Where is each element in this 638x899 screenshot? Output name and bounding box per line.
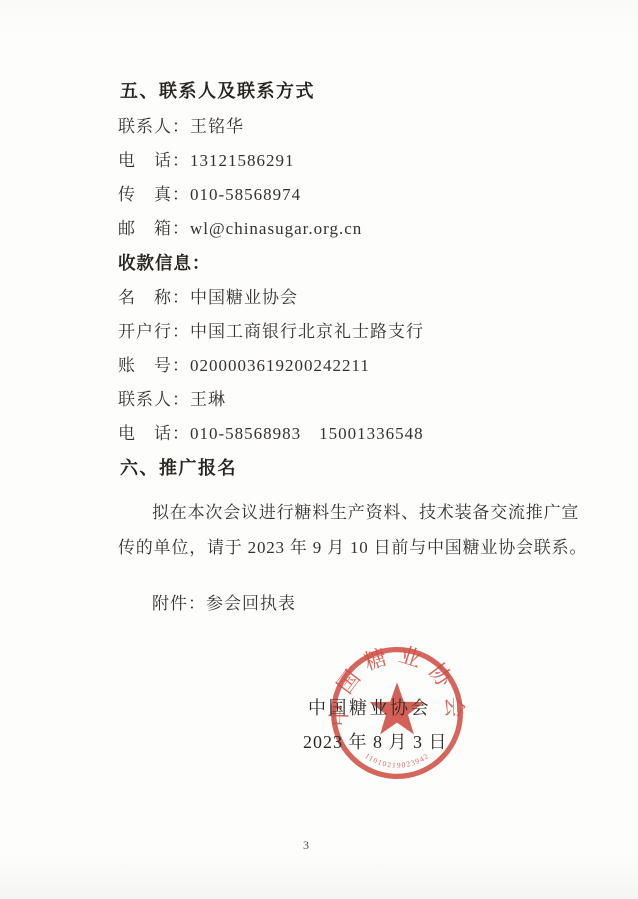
bank-line: 开户行：中国工商银行北京礼士路支行 (118, 321, 592, 343)
section6-heading: 六、推广报名 (120, 457, 592, 480)
signature-organization: 中国糖业协会 (308, 694, 431, 720)
payment-info-heading: 收款信息： (118, 252, 592, 274)
account-number-line: 账 号：0200003619200242211 (118, 355, 592, 377)
section6-paragraph: 拟在本次会议进行糖料生产资料、技术装备交流推广宣传的单位，请于 2023 年 9… (118, 495, 590, 565)
page-number: 3 (0, 838, 612, 853)
contact-person-line: 联系人：王铭华 (118, 116, 592, 138)
email-line: 邮 箱：wl@chinasugar.org.cn (118, 218, 592, 240)
section5-heading: 五、联系人及联系方式 (120, 80, 592, 103)
payment-phone-line: 电 话：010-58568983 15001336548 (118, 423, 592, 445)
document-body: 五、联系人及联系方式 联系人：王铭华 电 话：13121586291 传 真：0… (118, 80, 592, 615)
attachment-line: 附件：参会回执表 (118, 593, 592, 615)
signature-date: 2023 年 8 月 3 日 (303, 728, 448, 754)
document-page: 五、联系人及联系方式 联系人：王铭华 电 话：13121586291 传 真：0… (0, 0, 638, 899)
account-name-line: 名 称：中国糖业协会 (118, 287, 592, 309)
phone-line: 电 话：13121586291 (118, 150, 592, 172)
fax-line: 传 真：010-58568974 (118, 184, 592, 206)
payment-contact-line: 联系人：王琳 (118, 389, 592, 411)
